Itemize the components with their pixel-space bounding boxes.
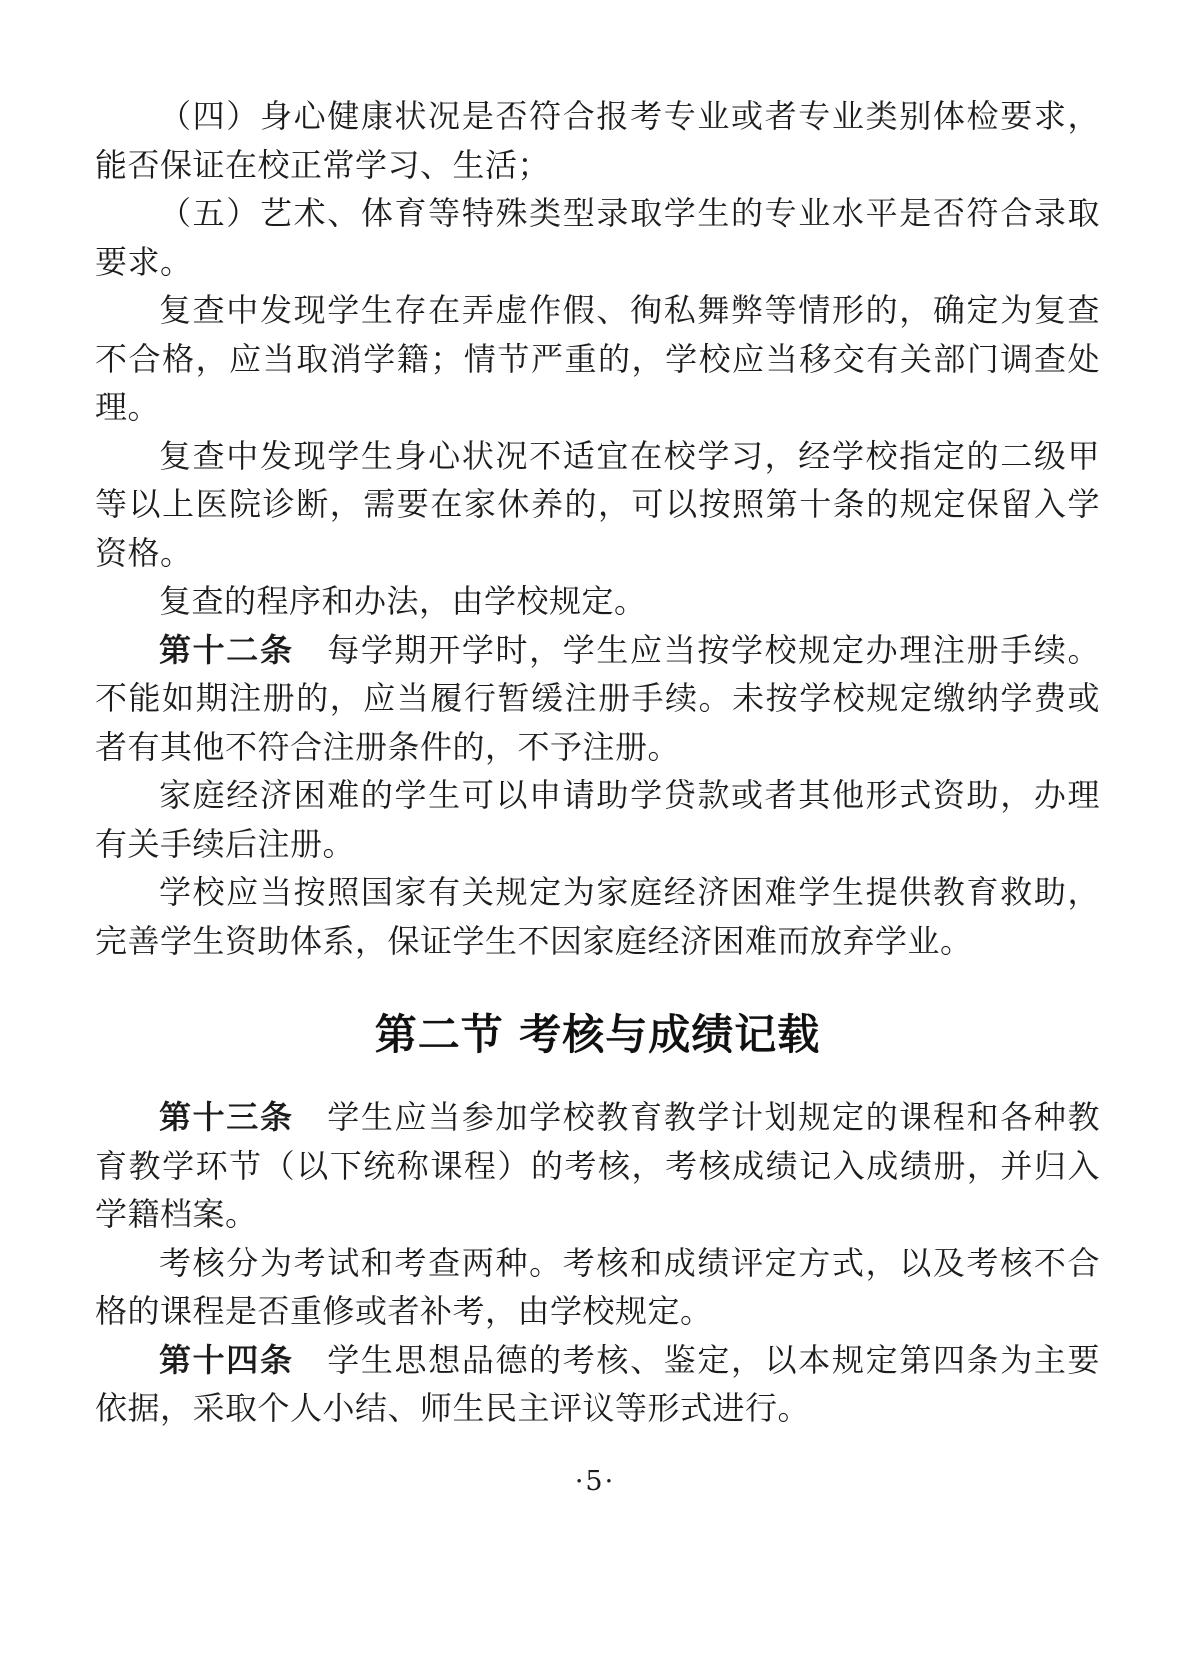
paragraph-text: 复查中发现学生存在弄虚作假、徇私舞弊等情形的，确定为复查不合格，应当取消学籍；情… [95,291,1100,426]
article-13-number: 第十三条 [159,1098,327,1136]
article-12-number: 第十二条 [159,631,327,669]
section-heading: 第二节 考核与成绩记载 [95,1005,1100,1065]
paragraph-text: 复查中发现学生身心状况不适宜在校学习，经学校指定的二级甲等以上医院诊断，需要在家… [95,437,1100,572]
paragraph-item-5-special-admission: （五）艺术、体育等特殊类型录取学生的专业水平是否符合录取要求。 [95,189,1100,286]
paragraph-text: 家庭经济困难的学生可以申请助学贷款或者其他形式资助，办理有关手续后注册。 [95,776,1100,863]
paragraph-recheck-procedure: 复查的程序和办法，由学校规定。 [95,577,1100,626]
article-14-number: 第十四条 [159,1341,327,1379]
document-page: （四）身心健康状况是否符合报考专业或者专业类别体检要求，能否保证在校正常学习、生… [0,0,1190,1670]
paragraph-item-4-health: （四）身心健康状况是否符合报考专业或者专业类别体检要求，能否保证在校正常学习、生… [95,92,1100,189]
paragraph-text: （五）艺术、体育等特殊类型录取学生的专业水平是否符合录取要求。 [95,194,1100,281]
paragraph-text: 学校应当按照国家有关规定为家庭经济困难学生提供教育救助，完善学生资助体系，保证学… [95,873,1100,960]
paragraph-text: 复查的程序和办法，由学校规定。 [159,582,647,620]
paragraph-article-13: 第十三条 学生应当参加学校教育教学计划规定的课程和各种教育教学环节（以下统称课程… [95,1093,1100,1239]
paragraph-assessment-types: 考核分为考试和考查两种。考核和成绩评定方式，以及考核不合格的课程是否重修或者补考… [95,1239,1100,1336]
paragraph-recheck-health: 复查中发现学生身心状况不适宜在校学习，经学校指定的二级甲等以上医院诊断，需要在家… [95,432,1100,578]
paragraph-article-12: 第十二条 每学期开学时，学生应当按学校规定办理注册手续。不能如期注册的，应当履行… [95,626,1100,772]
paragraph-text: 考核分为考试和考查两种。考核和成绩评定方式，以及考核不合格的课程是否重修或者补考… [95,1244,1100,1331]
paragraph-financial-aid-loan: 家庭经济困难的学生可以申请助学贷款或者其他形式资助，办理有关手续后注册。 [95,771,1100,868]
paragraph-recheck-fraud: 复查中发现学生存在弄虚作假、徇私舞弊等情形的，确定为复查不合格，应当取消学籍；情… [95,286,1100,432]
paragraph-education-assistance: 学校应当按照国家有关规定为家庭经济困难学生提供教育救助，完善学生资助体系，保证学… [95,868,1100,965]
page-number: ·5· [0,1466,1190,1497]
page-content: （四）身心健康状况是否符合报考专业或者专业类别体检要求，能否保证在校正常学习、生… [95,92,1100,1433]
paragraph-text: （四）身心健康状况是否符合报考专业或者专业类别体检要求，能否保证在校正常学习、生… [95,97,1100,184]
paragraph-article-14: 第十四条 学生思想品德的考核、鉴定，以本规定第四条为主要依据，采取个人小结、师生… [95,1336,1100,1433]
